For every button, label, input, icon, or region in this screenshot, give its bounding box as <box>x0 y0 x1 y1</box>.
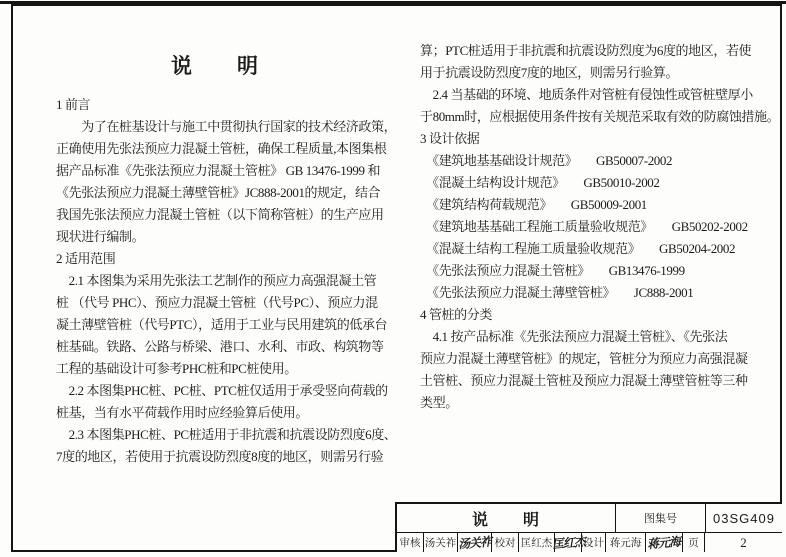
atlas-number-value: 03SG409 <box>706 504 782 532</box>
text-line: 《建筑地基基础设计规范》 GB50007-2002 <box>420 150 765 172</box>
text-line: 4 管桩的分类 <box>420 304 765 326</box>
text-line: 类型。 <box>420 392 765 414</box>
designer-signature: 蒋元海 <box>646 533 683 552</box>
drawing-sheet: 说 明 1 前言 为了在桩基设计与施工中贯彻执行国家的技术经济政策，正确使用先张… <box>0 0 786 557</box>
text-line: 据产品标准《先张法预应力混凝土管桩》 GB 13476-1999 和 <box>56 160 388 182</box>
text-line: 2 适用范围 <box>56 248 388 270</box>
text-line: 土管桩、预应力混凝土管桩及预应力混凝土薄壁管桩等三种 <box>420 370 765 392</box>
text-line: 《混凝土结构设计规范》 GB50010-2002 <box>420 172 765 194</box>
reviewer-signature-text: 汤关祚 <box>457 533 491 553</box>
text-line: 桩基础。铁路、公路与桥梁、港口、水利、市政、构筑物等 <box>56 336 388 358</box>
text-line: 2.2 本图集PHC桩、PC桩、PTC桩仅适用于承受竖向荷载的 <box>56 380 388 402</box>
text-line: 桩 （代号 PHC）、预应力混凝土管桩（代号PC）、预应力混 <box>56 292 388 314</box>
text-line: 《先张法预应力混凝土管桩》 GB13476-1999 <box>420 260 765 282</box>
text-line: 现状进行编制。 <box>56 226 388 248</box>
page-title: 说 明 <box>45 50 385 80</box>
text-line: 工程的基础设计可参考PHC桩和PC桩使用。 <box>56 358 388 380</box>
text-line: 《混凝土结构工程施工质量验收规范》 GB50204-2002 <box>420 238 765 260</box>
reviewer-label: 审核 <box>397 533 424 552</box>
left-text-column: 1 前言 为了在桩基设计与施工中贯彻执行国家的技术经济政策，正确使用先张法预应力… <box>56 94 388 468</box>
proofreader-signature-text: 匡红杰 <box>551 533 585 553</box>
text-line: 3 设计依据 <box>420 128 765 150</box>
text-line: 7度的地区，若使用于抗震设防烈度8度的地区，则需另行验 <box>56 446 388 468</box>
title-block-row-bottom: 审核 汤关祚 汤关祚 校对 匡红杰 匡红杰 设计 蒋元海 蒋元海 页 2 <box>397 533 782 552</box>
title-block-drawing-title: 说 明 <box>397 504 616 532</box>
text-line: 凝土薄壁管桩（代号PTC），适用于工业与民用建筑的低承台 <box>56 314 388 336</box>
text-line: 《先张法预应力混凝土薄壁管桩》JC888-2001的规定，结合 <box>56 182 388 204</box>
reviewer-name: 汤关祚 <box>424 533 458 552</box>
proofreader-name: 匡红杰 <box>519 533 555 552</box>
text-line: 我国先张法预应力混凝土管桩（以下简称管桩）的生产应用 <box>56 204 388 226</box>
text-line: 2.3 本图集PHC桩、PC桩适用于非抗震和抗震设防烈度6度、 <box>56 424 388 446</box>
text-line: 于80mm时，应根据使用条件按有关规范采取有效的防腐蚀措施。 <box>420 106 765 128</box>
right-text-column: 算；PTC桩适用于非抗震和抗震设防烈度为6度的地区，若使用于抗震设防烈度7度的地… <box>420 40 765 414</box>
text-line: 《先张法预应力混凝土薄壁管桩》 JC888-2001 <box>420 282 765 304</box>
title-block: 说 明 图集号 03SG409 审核 汤关祚 汤关祚 校对 匡红杰 匡红杰 设计… <box>395 502 782 552</box>
page-label: 页 <box>683 533 705 552</box>
text-line: 2.1 本图集为采用先张法工艺制作的预应力高强混凝土管 <box>56 270 388 292</box>
designer-signature-text: 蒋元海 <box>647 533 681 553</box>
designer-name: 蒋元海 <box>606 533 646 552</box>
atlas-number-label: 图集号 <box>616 504 706 532</box>
text-line: 为了在桩基设计与施工中贯彻执行国家的技术经济政策， <box>56 116 388 138</box>
page-number: 2 <box>705 533 782 552</box>
proofreader-label: 校对 <box>492 533 519 552</box>
text-line: 《建筑结构荷载规范》 GB50009-2001 <box>420 194 765 216</box>
text-line: 算；PTC桩适用于非抗震和抗震设防烈度为6度的地区，若使 <box>420 40 765 62</box>
text-line: 用于抗震设防烈度7度的地区，则需另行验算。 <box>420 62 765 84</box>
reviewer-signature: 汤关祚 <box>458 533 492 552</box>
text-line: 《建筑地基基础工程施工质量验收规范》 GB50202-2002 <box>420 216 765 238</box>
text-line: 预应力混凝土薄壁管桩》的规定，管桩分为预应力高强混凝 <box>420 348 765 370</box>
text-line: 桩基，当有水平荷载作用时应经验算后使用。 <box>56 402 388 424</box>
proofreader-signature: 匡红杰 <box>555 533 582 552</box>
text-line: 4.1 按产品标准《先张法预应力混凝土管桩》、《先张法 <box>420 326 765 348</box>
text-line: 2.4 当基础的环境、地质条件对管桩有侵蚀性或管桩壁厚小 <box>420 84 765 106</box>
text-line: 1 前言 <box>56 94 388 116</box>
title-block-row-top: 说 明 图集号 03SG409 <box>397 504 782 533</box>
text-line: 正确使用先张法预应力混凝土管桩，确保工程质量,本图集根 <box>56 138 388 160</box>
